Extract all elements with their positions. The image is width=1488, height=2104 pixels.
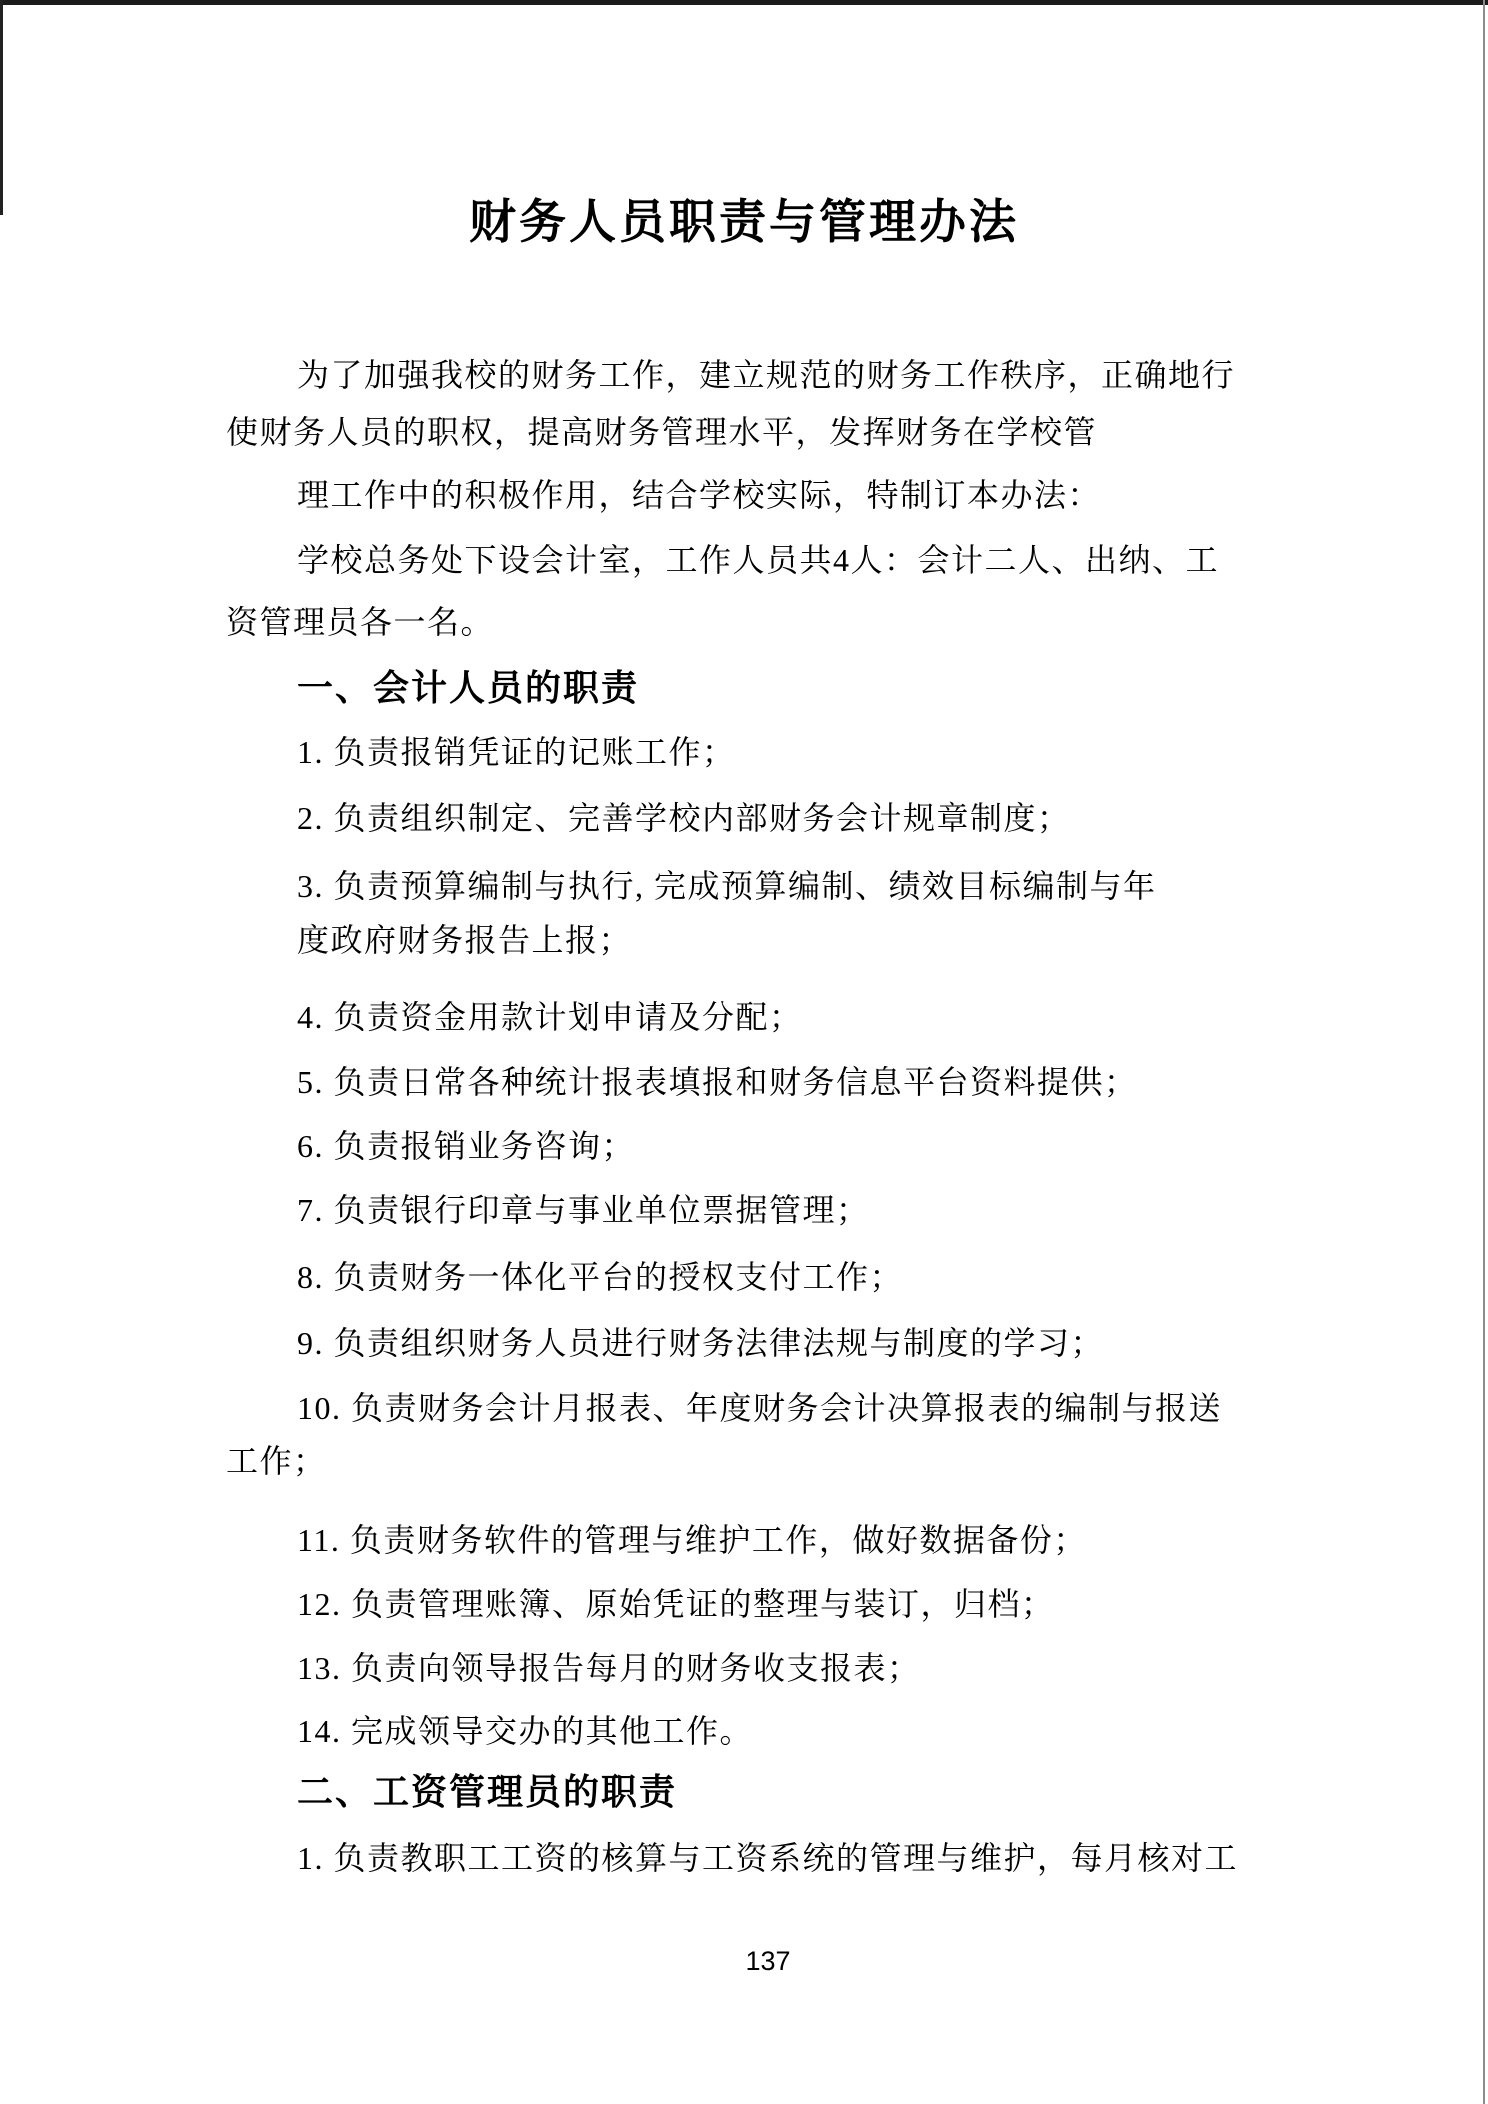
list-item: 5. 负责日常各种统计报表填报和财务信息平台资料提供； xyxy=(297,1060,1138,1104)
list-item: 8. 负责财务一体化平台的授权支付工作； xyxy=(297,1255,903,1299)
list-item: 1. 负责教职工工资的核算与工资系统的管理与维护，每月核对工 xyxy=(297,1836,1238,1880)
list-item: 6. 负责报销业务咨询； xyxy=(297,1124,635,1168)
list-item: 2. 负责组织制定、完善学校内部财务会计规章制度； xyxy=(297,796,1071,840)
list-item: 13. 负责向领导报告每月的财务收支报表； xyxy=(297,1646,921,1690)
paragraph-line: 理工作中的积极作用，结合学校实际，特制订本办法： xyxy=(297,473,1101,517)
list-item: 9. 负责组织财务人员进行财务法律法规与制度的学习； xyxy=(297,1321,1104,1365)
list-item: 12. 负责管理账簿、原始凭证的整理与装订，归档； xyxy=(297,1582,1055,1626)
list-item: 7. 负责银行印章与事业单位票据管理； xyxy=(297,1188,870,1232)
list-item: 3. 负责预算编制与执行, 完成预算编制、绩效目标编制与年 xyxy=(297,864,1157,908)
list-item-continuation: 度政府财务报告上报； xyxy=(297,918,632,962)
paragraph-line: 资管理员各一名。 xyxy=(226,600,494,644)
section-heading-accountant-duties: 一、会计人员的职责 xyxy=(297,663,639,713)
paragraph-line: 使财务人员的职权，提高财务管理水平，发挥财务在学校管 xyxy=(226,410,1097,454)
paragraph-line: 学校总务处下设会计室，工作人员共4人：会计二人、出纳、工 xyxy=(297,538,1219,582)
list-item: 4. 负责资金用款计划申请及分配； xyxy=(297,995,803,1039)
paragraph-line: 为了加强我校的财务工作，建立规范的财务工作秩序，正确地行 xyxy=(297,353,1235,397)
list-item: 1. 负责报销凭证的记账工作； xyxy=(297,730,736,774)
document-title: 财务人员职责与管理办法 xyxy=(0,194,1488,250)
page-right-border xyxy=(1483,0,1485,2104)
list-item: 11. 负责财务软件的管理与维护工作，做好数据备份； xyxy=(297,1518,1087,1562)
section-heading-payroll-manager-duties: 二、工资管理员的职责 xyxy=(297,1767,677,1817)
page-number: 137 xyxy=(708,1943,828,1979)
list-item-continuation: 工作； xyxy=(226,1439,327,1483)
list-item: 10. 负责财务会计月报表、年度财务会计决算报表的编制与报送 xyxy=(297,1386,1222,1430)
list-item: 14. 完成领导交办的其他工作。 xyxy=(297,1709,753,1753)
document-page: 财务人员职责与管理办法 为了加强我校的财务工作，建立规范的财务工作秩序，正确地行… xyxy=(0,0,1488,2104)
page-left-border xyxy=(0,0,3,215)
page-top-border xyxy=(0,0,1488,5)
